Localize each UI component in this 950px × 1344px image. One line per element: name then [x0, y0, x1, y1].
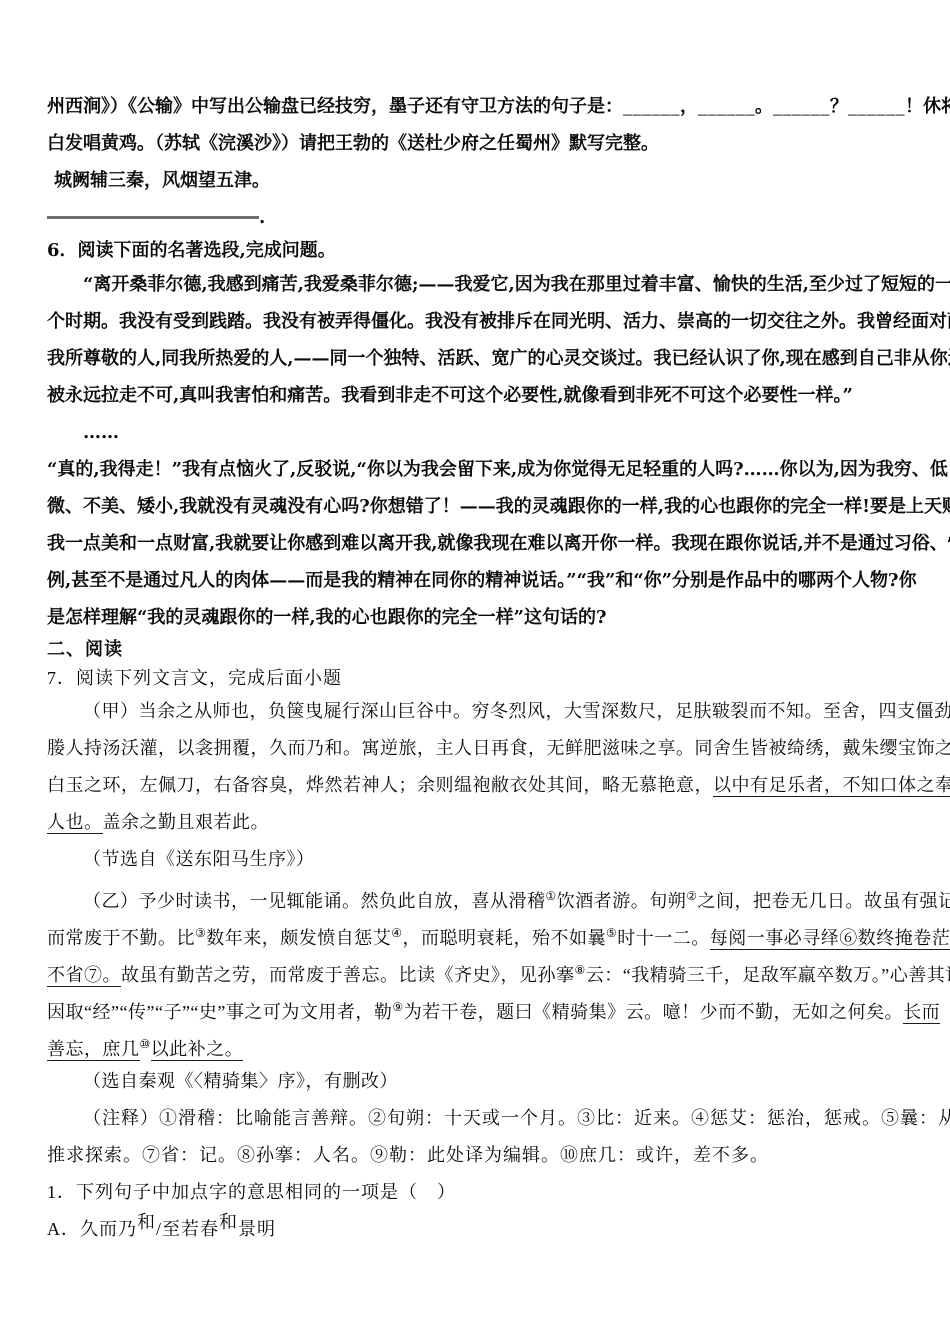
excerpt-line: 我所尊敬的人,同我所热爱的人,——同一个独特、活跃、宽广的心灵交谈过。我已经认识… [47, 340, 912, 377]
notes-line: （注释）①滑稽：比喻能言善辩。②旬朔：十天或一个月。③比：近来。④惩艾：惩治，惩… [47, 1100, 912, 1137]
text-segment: ② [686, 889, 697, 903]
text-segment: （乙）予少时读书，一见辄能诵。然负此自放，喜从滑稽 [83, 891, 546, 911]
text-segment: 媵人持汤沃灌，以衾拥覆，久而乃和。寓逆旅，主人日再食，无鲜肥滋味之享。同舍生皆被… [47, 738, 950, 758]
passage-jia-line: （甲）当余之从师也，负箧曳屣行深山巨谷中。穷冬烈风，大雪深数尺，足肤皲裂而不知。… [47, 693, 912, 730]
text-segment: 善忘，庶几 [47, 1039, 140, 1061]
fill-in-blank: ______ [848, 96, 905, 117]
text-segment: 以此补之。 [151, 1039, 244, 1061]
exam-page: 州西涧》）《公输》中写出公输盘已经技穷，墨子还有守卫方法的句子是：______，… [0, 0, 950, 1344]
passage-yi-line: 因取“经”“传”“子”“史”事之可为文用者，勒⑨为若干卷，题曰《精骑集》云。噫！… [47, 989, 912, 1026]
section-dictation: 州西涧》）《公输》中写出公输盘已经技穷，墨子还有守卫方法的句子是：______，… [47, 88, 912, 236]
text-segment: “离开桑菲尔德,我感到痛苦,我爱桑菲尔德;——我爱它,因为我在那里过着丰富、愉快… [83, 274, 950, 295]
text-segment: （节选自《送东阳马生序》） [83, 849, 315, 869]
section-2-title: 二、阅读 [47, 636, 912, 664]
text-segment: ③ [195, 926, 206, 940]
passage-yi-line: 而常废于不勤。比③数年来，颇发愤自惩艾④，而聪明衰耗，殆不如曩⑤时十一二。每阅一… [47, 915, 912, 952]
item6-header: 6．阅读下面的名著选段,完成问题。 [47, 236, 912, 266]
text-segment: 景明 [238, 1219, 276, 1239]
answer-rule [47, 216, 259, 219]
fill-in-blank: ______ [698, 96, 755, 117]
text-segment: 6．阅读下面的名著选段,完成问题。 [47, 240, 336, 261]
text-segment: 数年来，颇发愤自惩艾 [206, 928, 391, 948]
passage-yi-line: 不省⑦。故虽有勤苦之劳，而常废于善忘。比读《齐史》，见孙搴⑧云：“我精骑三千，足… [47, 952, 912, 989]
text-segment: 白玉之环，左佩刀，右备容臭，烨然若神人；余则缊袍敝衣处其间，略无慕艳意， [47, 775, 713, 795]
text-segment: ④ [391, 926, 402, 940]
excerpt-line: “真的,我得走！”我有点恼火了,反驳说,“你以为我会留下来,成为你觉得无足轻重的… [47, 451, 912, 488]
text-segment: 每阅一事必寻绎⑥数终掩卷茫然辄复 [710, 928, 950, 950]
passage-jia-line: 媵人持汤沃灌，以衾拥覆，久而乃和。寓逆旅，主人日再食，无鲜肥滋味之享。同舍生皆被… [47, 730, 912, 767]
fill-in-blank: ______ [773, 96, 830, 117]
text-segment: 和 [137, 1212, 156, 1232]
text-segment: （选自秦观《〈精骑集〉序》，有删改） [83, 1071, 398, 1091]
text-segment: ⑤ [606, 926, 617, 940]
text-segment: 微、不美、矮小,我就没有灵魂没有心吗?你想错了！——我的灵魂跟你的一样,我的心也… [47, 496, 950, 517]
passage-jia-line: 白玉之环，左佩刀，右备容臭，烨然若神人；余则缊袍敝衣处其间，略无慕艳意，以中有足… [47, 767, 912, 804]
text-segment: 饮酒者游。旬朔 [557, 891, 687, 911]
text-segment: 城阙辅三秦，风烟望五津。 [54, 170, 270, 191]
text-segment: 因取“经”“传”“子”“史”事之可为文用者，勒 [47, 1002, 392, 1022]
text-segment: 个时期。我没有受到践踏。我没有被弄得僵化。我没有被排斥在同光明、活力、崇高的一切… [47, 311, 950, 332]
text-segment: ？ [830, 96, 848, 117]
text-segment: 和 [219, 1212, 238, 1232]
text-segment: ！休将 [905, 96, 950, 117]
passage-jia-source: （节选自《送东阳马生序》） [47, 841, 912, 878]
text-segment: ① [546, 889, 557, 903]
text-segment: 我一点美和一点财富,我就要让你感到难以离开我,就像我现在难以离开你一样。我现在跟… [47, 533, 950, 554]
passage-yi-line: 善忘，庶几⑩以此补之。 [47, 1026, 912, 1063]
fill-in-blank: ______ [623, 96, 680, 117]
text-segment: 故虽有勤苦之劳，而常废于善忘。比读《齐史》，见孙搴 [121, 965, 575, 985]
passage-yi-source: （选自秦观《〈精骑集〉序》，有删改） [47, 1063, 912, 1100]
text-segment: 云：“我精骑三千，足敌军羸卒数万。”心善其说， [586, 965, 950, 985]
text-segment: ， [680, 96, 698, 117]
text-segment: 白发唱黄鸡。（苏轼《浣溪沙》）请把王勃的《送杜少府之任蜀州》默写完整。 [47, 133, 659, 154]
text-segment: “真的,我得走！”我有点恼火了,反驳说,“你以为我会留下来,成为你觉得无足轻重的… [47, 459, 948, 480]
item7-header: 7．阅读下列文言文，完成后面小题 [47, 664, 912, 693]
text-segment: ⑧ [575, 963, 586, 977]
text-segment: 7．阅读下列文言文，完成后面小题 [47, 668, 342, 688]
text-segment: 而常废于不勤。比 [47, 928, 195, 948]
text-segment: 二、阅读 [47, 639, 123, 660]
option-a: A．久而乃和/至若春和景明 [47, 1211, 912, 1248]
text-segment: 例,甚至不是通过凡人的肉体——而是我的精神在同你的精神说话。”“我”和“你”分别… [47, 570, 917, 591]
excerpt-line: 是怎样理解“我的灵魂跟你的一样,我的心也跟你的完全一样”这句话的? [47, 599, 912, 636]
excerpt-line: “离开桑菲尔德,我感到痛苦,我爱桑菲尔德;——我爱它,因为我在那里过着丰富、愉快… [47, 266, 912, 303]
text-segment: （注释）①滑稽：比喻能言善辩。②旬朔：十天或一个月。③比：近来。④惩艾：惩治，惩… [83, 1108, 950, 1128]
text-segment: ，而聪明衰耗，殆不如曩 [403, 928, 607, 948]
dictation-line: 白发唱黄鸡。（苏轼《浣溪沙》）请把王勃的《送杜少府之任蜀州》默写完整。 [47, 125, 912, 162]
text-segment: 。 [755, 96, 773, 117]
section-item6: 6．阅读下面的名著选段,完成问题。 “离开桑菲尔德,我感到痛苦,我爱桑菲尔德;—… [47, 236, 912, 636]
text-segment: 以中有足乐者，不知口体之奉不若 [713, 775, 950, 797]
text-segment: 时十一二。 [617, 928, 710, 948]
text-segment: 人也。 [47, 812, 103, 834]
text-segment: （甲）当余之从师也，负箧曳屣行深山巨谷中。穷冬烈风，大雪深数尺，足肤皲裂而不知。… [83, 701, 950, 721]
passage-jia-line: 人也。盖余之勤且艰若此。 [47, 804, 912, 841]
text-segment: /至若春 [156, 1219, 219, 1239]
text-segment: 我所尊敬的人,同我所热爱的人,——同一个独特、活跃、宽广的心灵交谈过。我已经认识… [47, 348, 950, 369]
dictation-blank-line: . [47, 199, 912, 236]
text-segment: ⑨ [392, 1000, 403, 1014]
text-segment: 1．下列句子中加点字的意思相同的一项是（ ） [47, 1182, 456, 1202]
text-segment: 不省⑦。 [47, 965, 121, 987]
excerpt-line: 例,甚至不是通过凡人的肉体——而是我的精神在同你的精神说话。”“我”和“你”分别… [47, 562, 912, 599]
text-segment: ⑩ [140, 1037, 151, 1051]
text-segment: 盖余之勤且艰若此。 [103, 812, 270, 832]
excerpt-line: 微、不美、矮小,我就没有灵魂没有心吗?你想错了！——我的灵魂跟你的一样,我的心也… [47, 488, 912, 525]
excerpt-line: 个时期。我没有受到践踏。我没有被弄得僵化。我没有被排斥在同光明、活力、崇高的一切… [47, 303, 912, 340]
text-segment: 推求探索。⑦省：记。⑧孙搴：人名。⑨勒：此处译为编辑。⑩庶几：或许，差不多。 [47, 1145, 769, 1165]
text-segment: 是怎样理解“我的灵魂跟你的一样,我的心也跟你的完全一样”这句话的? [47, 607, 607, 628]
text-segment: …… [83, 422, 119, 443]
text-segment: 为若干卷，题曰《精骑集》云。噫！少而不勤，无如之何矣。 [404, 1002, 904, 1022]
dictation-line: 城阙辅三秦，风烟望五津。 [47, 162, 912, 199]
text-segment: 州西涧》）《公输》中写出公输盘已经技穷，墨子还有守卫方法的句子是： [47, 96, 623, 117]
passage-yi-line: （乙）予少时读书，一见辄能诵。然负此自放，喜从滑稽①饮酒者游。旬朔②之间，把卷无… [47, 878, 912, 915]
text-segment: . [259, 207, 265, 228]
text-segment: A．久而乃 [47, 1219, 137, 1239]
text-segment: 被永远拉走不可,真叫我害怕和痛苦。我看到非走不可这个必要性,就像看到非死不可这个… [47, 385, 853, 406]
notes-line: 推求探索。⑦省：记。⑧孙搴：人名。⑨勒：此处译为编辑。⑩庶几：或许，差不多。 [47, 1137, 912, 1174]
excerpt-line: 我一点美和一点财富,我就要让你感到难以离开我,就像我现在难以离开你一样。我现在跟… [47, 525, 912, 562]
dictation-line: 州西涧》）《公输》中写出公输盘已经技穷，墨子还有守卫方法的句子是：______，… [47, 88, 912, 125]
excerpt-line: 被永远拉走不可,真叫我害怕和痛苦。我看到非走不可这个必要性,就像看到非死不可这个… [47, 377, 912, 414]
question-1: 1．下列句子中加点字的意思相同的一项是（ ） [47, 1174, 912, 1211]
section-reading: 二、阅读 7．阅读下列文言文，完成后面小题 （甲）当余之从师也，负箧曳屣行深山巨… [47, 636, 912, 1248]
excerpt-ellipsis: …… [47, 414, 912, 451]
text-segment: 长而 [903, 1002, 940, 1024]
text-segment: 之间，把卷无几日。故虽有强记之力， [698, 891, 950, 911]
